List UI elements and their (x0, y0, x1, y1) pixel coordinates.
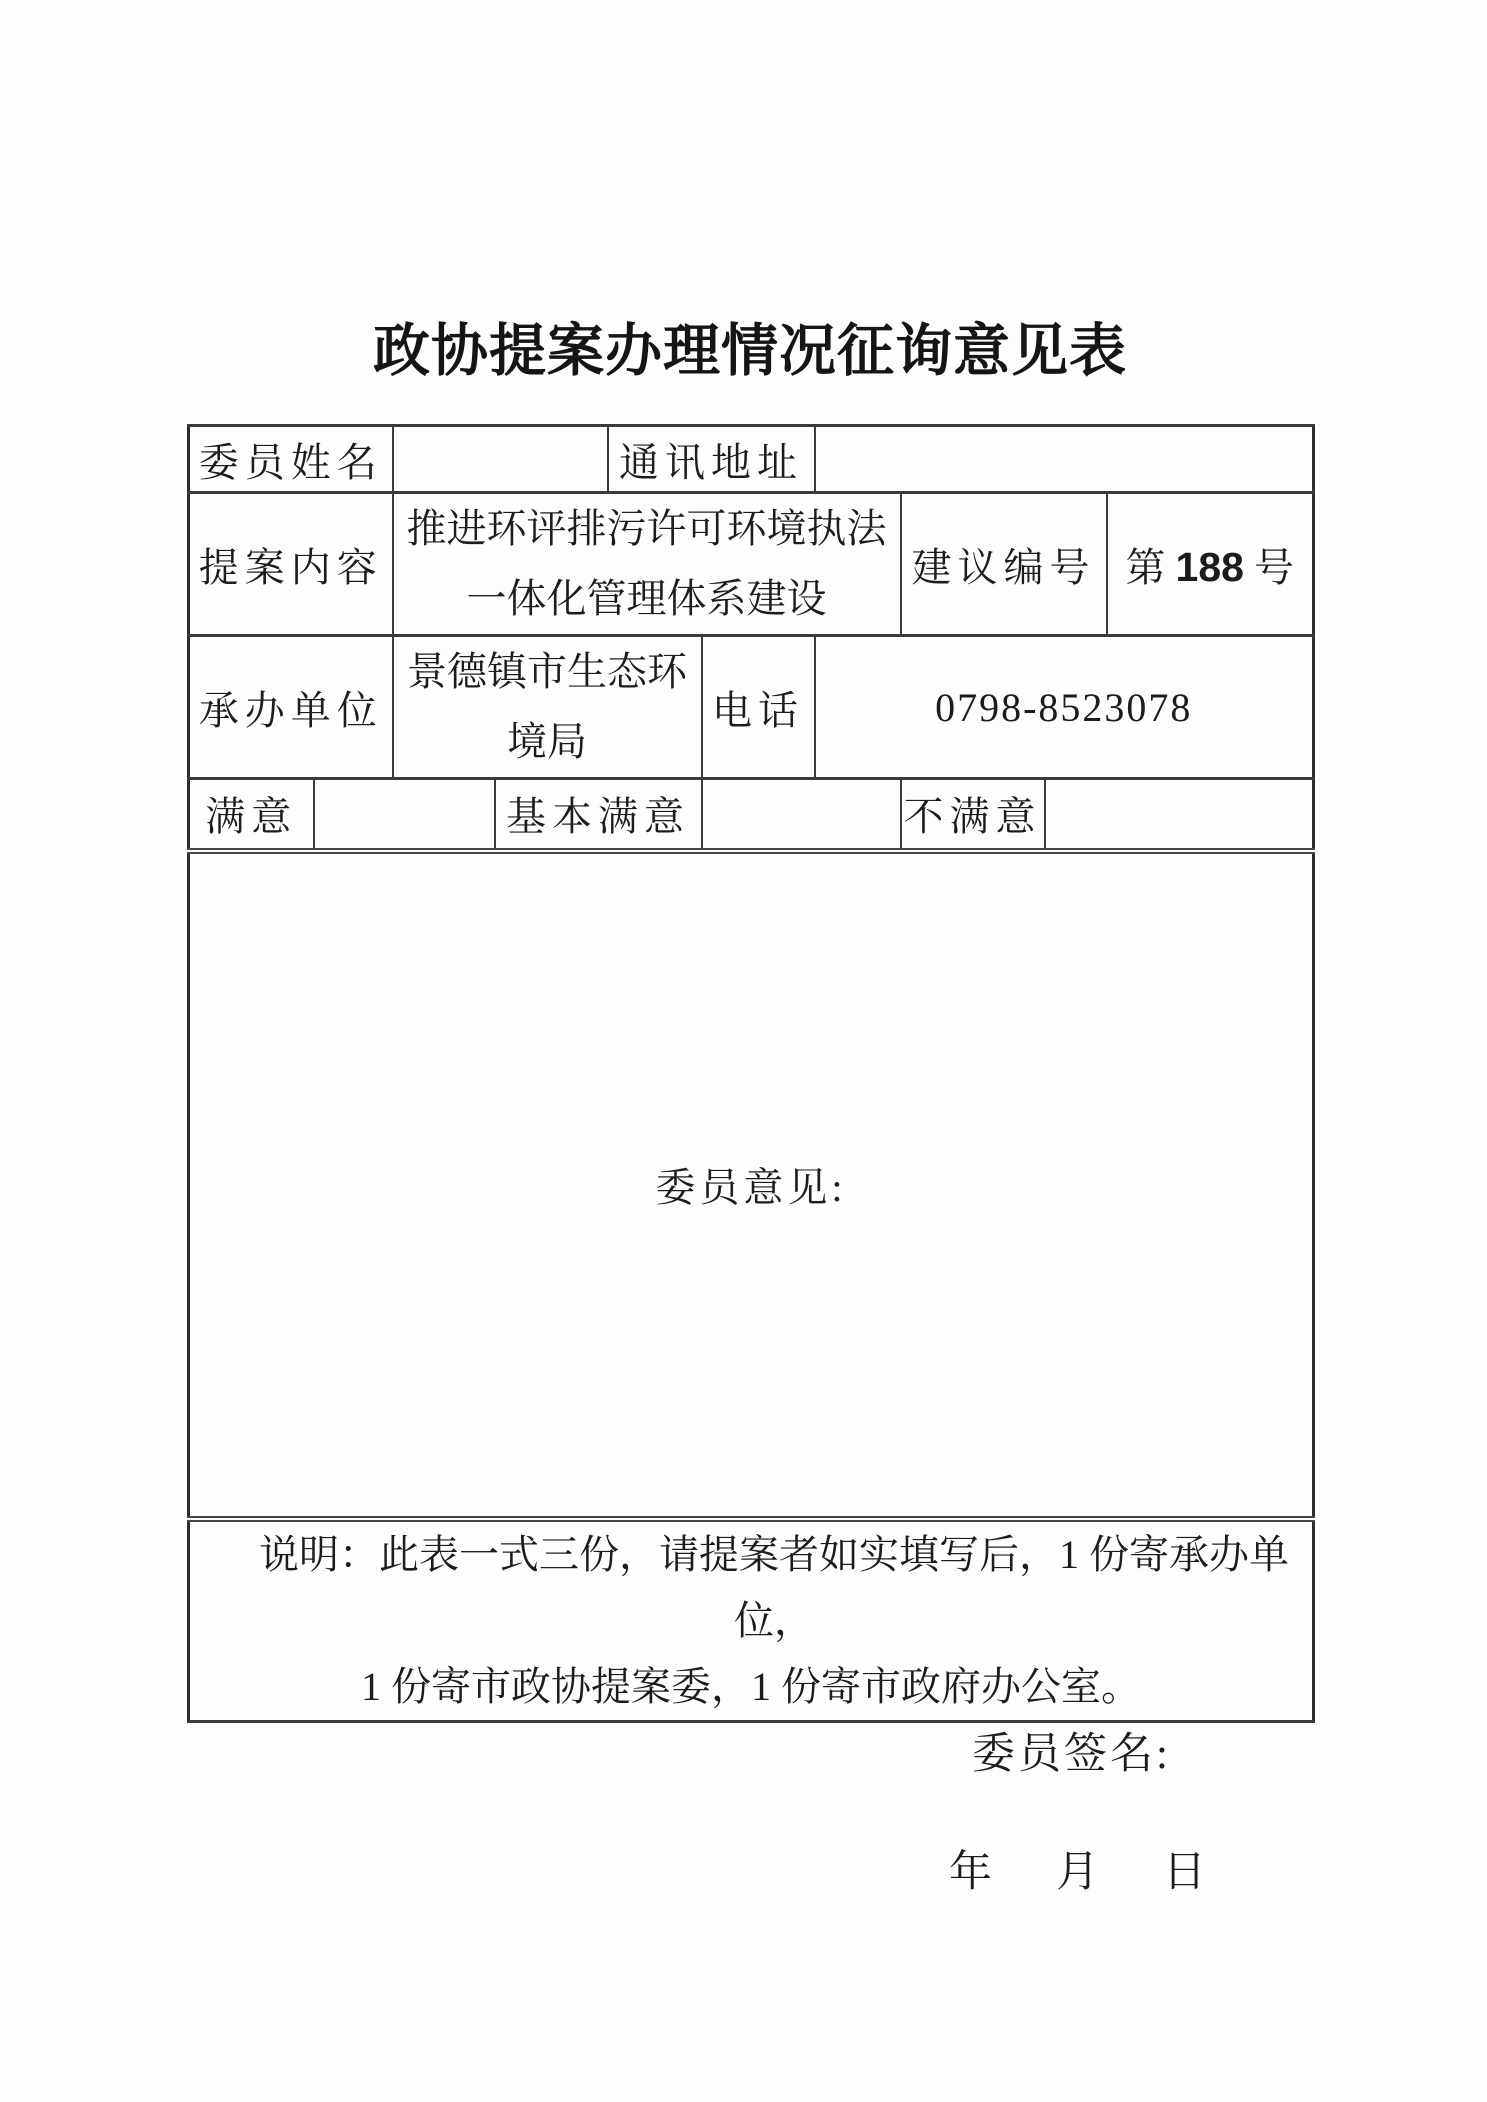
proposal-content-cell: 推进环评排污许可环境执法 一体化管理体系建设 (393, 493, 901, 636)
phone-value-cell: 0798-8523078 (815, 636, 1314, 779)
member-name-value-cell (393, 426, 608, 493)
proposal-number-value-cell: 第188号 (1107, 493, 1314, 636)
page-title: 政协提案办理情况征询意见表 (144, 316, 1356, 388)
date-line: 年 月 日 (949, 1838, 1206, 1899)
number-prefix: 第 (1126, 545, 1166, 590)
row-proposal: 提案内容 推进环评排污许可环境执法 一体化管理体系建设 建议编号 第188号 (189, 493, 1314, 636)
number-suffix: 号 (1254, 545, 1294, 590)
member-name-label: 委员姓名 (189, 426, 393, 493)
document-page: 政协提案办理情况征询意见表 委员姓名 通讯地址 提案内容 推进环评排污许可环境执… (0, 0, 1487, 2102)
unsatisfied-value-cell (1045, 779, 1314, 851)
row-handler: 承办单位 景德镇市生态环 境局 电话 0798-8523078 (189, 636, 1314, 779)
satisfied-label: 满意 (189, 779, 314, 851)
proposal-number-label: 建议编号 (901, 493, 1107, 636)
handler-value-line2: 境局 (394, 707, 701, 777)
date-year-label: 年 (949, 1838, 992, 1899)
phone-label: 电话 (702, 636, 815, 779)
note-line2: 1 份寄市政协提案委，1 份寄市政府办公室。 (190, 1654, 1312, 1720)
address-value-cell (815, 426, 1314, 493)
basic-satisfied-value-cell (702, 779, 901, 851)
handler-value-cell: 景德镇市生态环 境局 (393, 636, 702, 779)
unsatisfied-label: 不满意 (901, 779, 1045, 851)
opinion-label: 委员意见: (655, 1165, 846, 1210)
proposal-content-line1: 推进环评排污许可环境执法 (394, 494, 900, 564)
proposal-content-line2: 一体化管理体系建设 (394, 564, 900, 634)
note-line1: 说明：此表一式三份，请提案者如实填写后，1 份寄承办单位， (190, 1522, 1312, 1654)
date-month-label: 月 (1056, 1838, 1099, 1899)
row-note: 说明：此表一式三份，请提案者如实填写后，1 份寄承办单位， 1 份寄市政协提案委… (189, 1519, 1314, 1722)
address-label: 通讯地址 (608, 426, 815, 493)
row-member-name: 委员姓名 通讯地址 (189, 426, 1314, 493)
number-value: 188 (1176, 544, 1244, 590)
opinion-cell: 委员意见: (189, 851, 1314, 1519)
proposal-label: 提案内容 (189, 493, 393, 636)
signature-label: 委员签名: (972, 1720, 1171, 1781)
basic-satisfied-label: 基本满意 (495, 779, 702, 851)
note-cell: 说明：此表一式三份，请提案者如实填写后，1 份寄承办单位， 1 份寄市政协提案委… (189, 1519, 1314, 1722)
row-satisfaction: 满意 基本满意 不满意 (189, 779, 1314, 851)
satisfied-value-cell (314, 779, 495, 851)
handler-label: 承办单位 (189, 636, 393, 779)
date-day-label: 日 (1163, 1838, 1206, 1899)
handler-value-line1: 景德镇市生态环 (394, 637, 701, 707)
feedback-form-table: 委员姓名 通讯地址 提案内容 推进环评排污许可环境执法 一体化管理体系建设 建议… (187, 424, 1315, 1723)
row-opinion: 委员意见: (189, 851, 1314, 1519)
